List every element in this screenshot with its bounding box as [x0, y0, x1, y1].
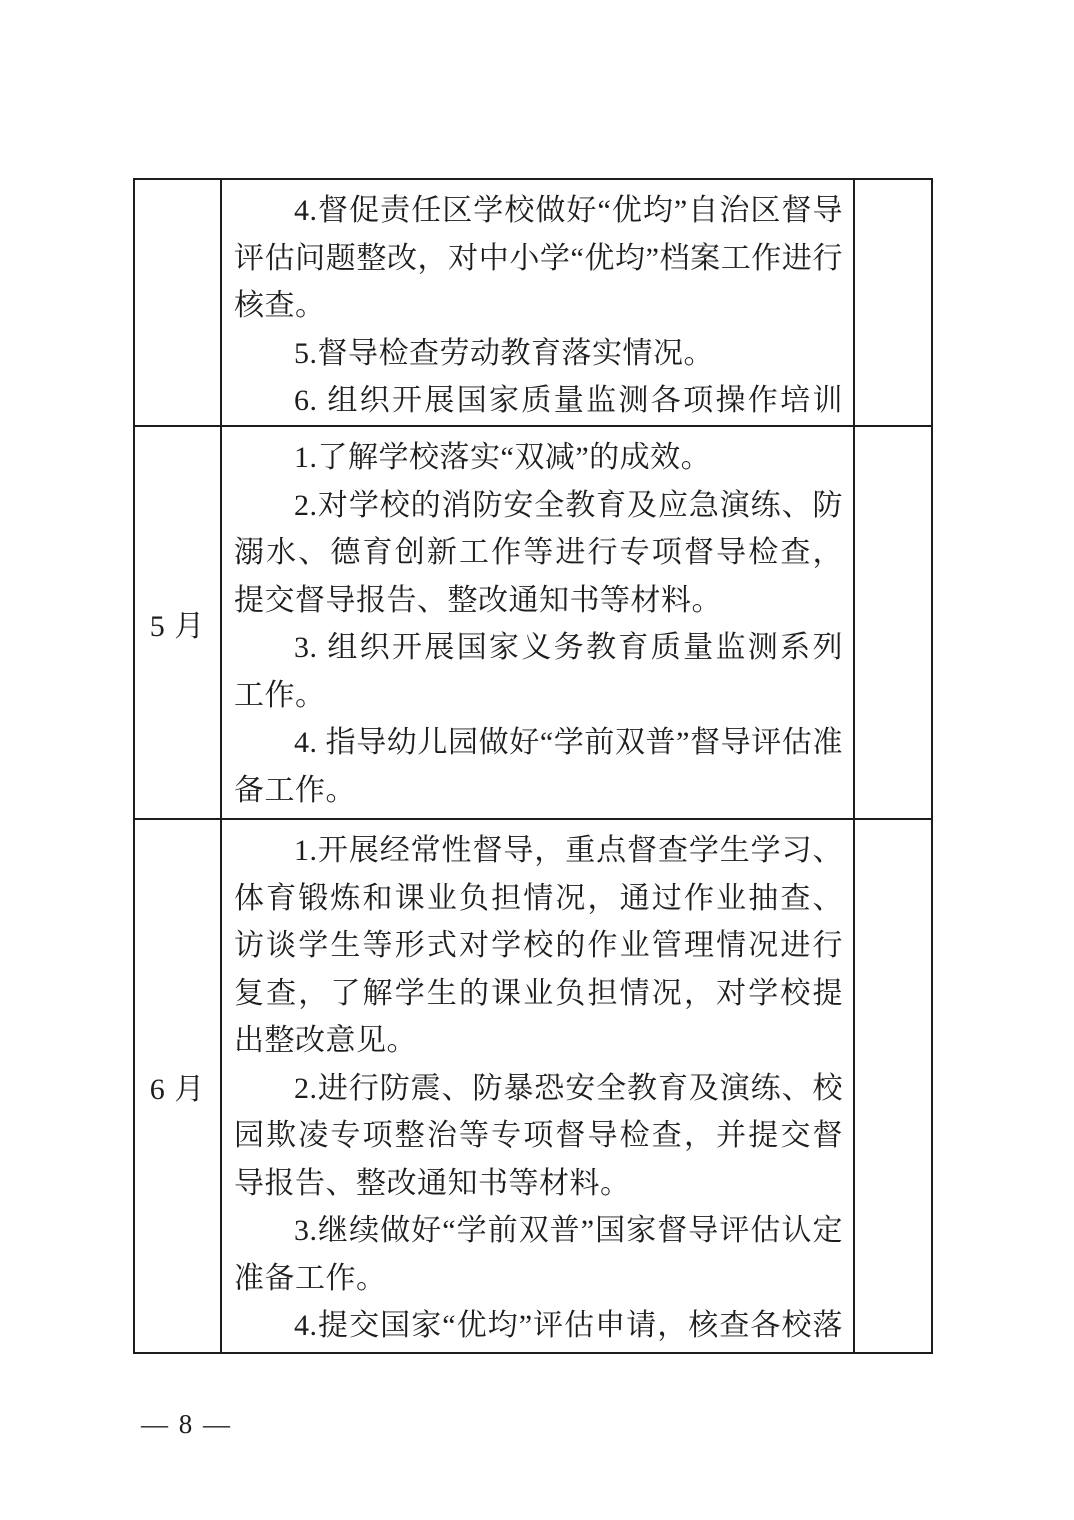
tasks-cell: 1.了解学校落实“双减”的成效。2.对学校的消防安全教育及应急演练、防溺水、德育…: [220, 427, 853, 818]
tasks-cell: 1.开展经常性督导，重点督查学生学习、体育锻炼和课业负担情况，通过作业抽查、访谈…: [220, 820, 853, 1352]
note-cell: [853, 427, 931, 818]
task-item: 4.督促责任区学校做好“优均”自治区督导评估问题整改，对中小学“优均”档案工作进…: [234, 187, 843, 330]
month-cell: 5 月: [135, 427, 220, 818]
task-item: 6. 组织开展国家质量监测各项操作培训。: [234, 377, 843, 425]
task-item: 4. 指导幼儿园做好“学前双普”督导评估准备工作。: [234, 719, 843, 814]
task-item: 5.督导检查劳动教育落实情况。: [234, 330, 843, 378]
task-item: 3.继续做好“学前双普”国家督导评估认定准备工作。: [234, 1207, 843, 1302]
monthly-schedule-table: 4.督促责任区学校做好“优均”自治区督导评估问题整改，对中小学“优均”档案工作进…: [133, 178, 933, 1354]
note-cell: [853, 820, 931, 1352]
task-item: 1.了解学校落实“双减”的成效。: [234, 434, 843, 482]
document-page: { "page": { "footer": "— 8 —" }, "table"…: [0, 0, 1074, 1520]
table-row: 4.督促责任区学校做好“优均”自治区督导评估问题整改，对中小学“优均”档案工作进…: [135, 180, 931, 425]
table-row: 6 月1.开展经常性督导，重点督查学生学习、体育锻炼和课业负担情况，通过作业抽查…: [135, 818, 931, 1352]
table-row: 5 月1.了解学校落实“双减”的成效。2.对学校的消防安全教育及应急演练、防溺水…: [135, 425, 931, 818]
tasks-cell: 4.督促责任区学校做好“优均”自治区督导评估问题整改，对中小学“优均”档案工作进…: [220, 180, 853, 425]
task-item: 2.对学校的消防安全教育及应急演练、防溺水、德育创新工作等进行专项督导检查，提交…: [234, 482, 843, 625]
month-cell: 6 月: [135, 820, 220, 1352]
note-cell: [853, 180, 931, 425]
task-item: 1.开展经常性督导，重点督查学生学习、体育锻炼和课业负担情况，通过作业抽查、访谈…: [234, 827, 843, 1065]
page-number: — 8 —: [141, 1409, 232, 1440]
month-cell: [135, 180, 220, 425]
task-item: 3. 组织开展国家义务教育质量监测系列工作。: [234, 624, 843, 719]
task-item: 2.进行防震、防暴恐安全教育及演练、校园欺凌专项整治等专项督导检查，并提交督导报…: [234, 1065, 843, 1208]
task-item: 4.提交国家“优均”评估申请，核查各校落实省级督导问题清单的整改工作情况。: [234, 1302, 843, 1352]
